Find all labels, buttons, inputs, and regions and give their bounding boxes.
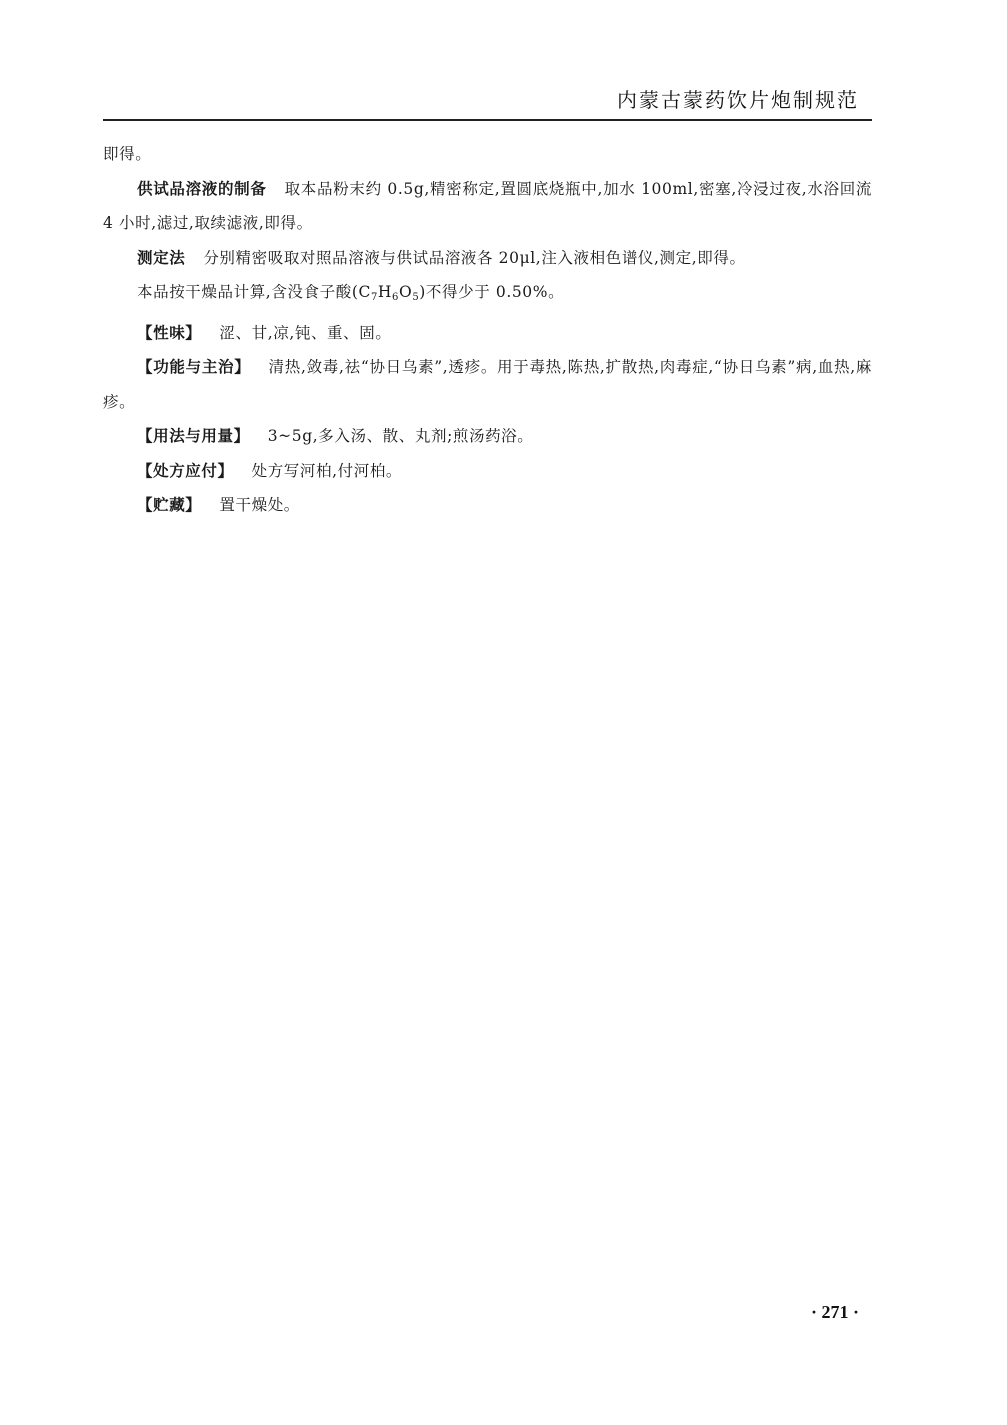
section-label: 【用法与用量】 xyxy=(137,427,250,445)
paragraph-storage: 【贮藏】置干燥处。 xyxy=(103,488,872,523)
paragraph-text: 置干燥处。 xyxy=(219,496,300,514)
formula-text: O xyxy=(399,283,412,301)
paragraph-content-limit: 本品按干燥品计算,含没食子酸(C7H6O5)不得少于 0.50%。 xyxy=(103,275,872,316)
formula-subscript: 6 xyxy=(392,292,399,303)
paragraph-text: 分别精密吸取对照品溶液与供试品溶液各 20μl,注入液相色谱仪,测定,即得。 xyxy=(203,249,745,267)
page-number: · 271 · xyxy=(811,1302,859,1323)
formula-text: )不得少于 0.50%。 xyxy=(419,283,564,301)
section-label: 供试品溶液的制备 xyxy=(137,180,267,198)
paragraph-text: 处方写河柏,付河柏。 xyxy=(252,462,402,480)
formula-text: H xyxy=(378,283,392,301)
paragraph-text: 即得。 xyxy=(103,145,151,163)
formula-subscript: 7 xyxy=(371,292,378,303)
paragraph-functions-indications: 【功能与主治】清热,敛毒,祛“协日乌素”,透疹。用于毒热,陈热,扩散热,肉毒症,… xyxy=(103,350,872,419)
paragraph-prescription: 【处方应付】处方写河柏,付河柏。 xyxy=(103,454,872,489)
paragraph-nature-taste: 【性味】涩、甘,凉,钝、重、固。 xyxy=(103,316,872,351)
page-body: 即得。 供试品溶液的制备取本品粉末约 0.5g,精密称定,置圆底烧瓶中,加水 1… xyxy=(103,137,872,523)
section-label: 【性味】 xyxy=(137,324,201,342)
paragraph-test-solution-prep: 供试品溶液的制备取本品粉末约 0.5g,精密称定,置圆底烧瓶中,加水 100ml… xyxy=(103,172,872,241)
paragraph-usage-dosage: 【用法与用量】3~5g,多入汤、散、丸剂;煎汤药浴。 xyxy=(103,419,872,454)
section-label: 【处方应付】 xyxy=(137,462,234,480)
section-label: 测定法 xyxy=(137,249,185,267)
section-label: 【功能与主治】 xyxy=(137,358,250,376)
paragraph-text: 3~5g,多入汤、散、丸剂;煎汤药浴。 xyxy=(268,427,534,445)
running-head-title: 内蒙古蒙药饮片炮制规范 xyxy=(617,84,859,113)
section-label: 【贮藏】 xyxy=(137,496,201,514)
header-rule xyxy=(103,119,872,121)
paragraph-continuation: 即得。 xyxy=(103,137,872,172)
paragraph-assay-method: 测定法分别精密吸取对照品溶液与供试品溶液各 20μl,注入液相色谱仪,测定,即得… xyxy=(103,241,872,276)
formula-text: 本品按干燥品计算,含没食子酸(C xyxy=(137,283,371,301)
paragraph-text: 涩、甘,凉,钝、重、固。 xyxy=(219,324,391,342)
